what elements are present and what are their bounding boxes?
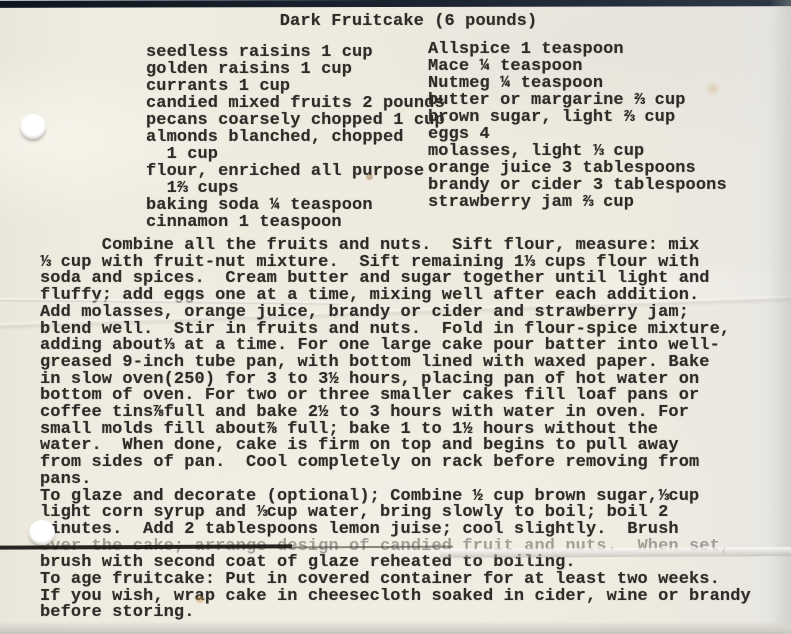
- instruction-line: Add molasses, orange juice, brandy or ci…: [40, 305, 751, 322]
- ingredient-item: pecans coarsely chopped 1 cup: [146, 112, 445, 129]
- ingredient-item: butter or margarine ⅔ cup: [428, 92, 727, 109]
- ingredient-item: 1⅔ cups: [146, 180, 445, 197]
- ingredient-item: eggs 4: [428, 126, 727, 143]
- ingredient-item: Nutmeg ¼ teaspoon: [428, 75, 727, 92]
- instruction-line: before storing.: [40, 605, 751, 622]
- ingredient-item: cinnamon 1 teaspoon: [146, 214, 445, 231]
- ingredients-left-column: seedless raisins 1 cup golden raisins 1 …: [146, 44, 445, 231]
- fold-crease-light: [440, 547, 791, 558]
- recipe-scan-page: Dark Fruitcake (6 pounds) seedless raisi…: [0, 0, 791, 634]
- paper-right-shadow: [769, 0, 791, 634]
- ingredient-item: molasses, light ⅓ cup: [428, 143, 727, 160]
- ingredient-item: brown sugar, light ⅔ cup: [428, 109, 727, 126]
- paper-stain: [196, 596, 204, 603]
- ingredient-item: candied mixed fruits 2 pounds: [146, 95, 445, 112]
- ingredient-item: flour, enriched all purpose: [146, 163, 445, 180]
- ingredient-item: orange juice 3 tablespoons: [428, 160, 727, 177]
- ingredients-right-column: Allspice 1 teaspoon Mace ¼ teaspoon Nutm…: [428, 41, 727, 211]
- punch-hole: [20, 114, 46, 139]
- ingredient-item: almonds blanched, chopped: [146, 129, 445, 146]
- ingredient-item: brandy or cider 3 tablespoons: [428, 177, 727, 194]
- ingredient-item: strawberry jam ⅔ cup: [428, 194, 727, 211]
- instruction-line: from sides of pan. Cool completely on ra…: [40, 455, 751, 472]
- ingredient-item: Allspice 1 teaspoon: [428, 41, 727, 58]
- paper-stain: [705, 82, 721, 96]
- instructions-paragraphs: Combine all the fruits and nuts. Sift fl…: [40, 238, 751, 622]
- ingredient-item: 1 cup: [146, 146, 445, 163]
- ingredient-item: baking soda ¼ teaspoon: [146, 197, 445, 214]
- ingredient-item: seedless raisins 1 cup: [146, 44, 445, 61]
- paper-stain: [366, 174, 373, 180]
- ingredient-item: Mace ¼ teaspoon: [428, 58, 727, 75]
- punch-hole: [29, 520, 55, 545]
- recipe-title: Dark Fruitcake (6 pounds): [0, 12, 791, 31]
- scanner-bottom-edge: [0, 621, 791, 634]
- ingredient-item: golden raisins 1 cup: [146, 61, 445, 78]
- scanner-top-edge: [0, 0, 791, 8]
- ingredient-item: currants 1 cup: [146, 78, 445, 95]
